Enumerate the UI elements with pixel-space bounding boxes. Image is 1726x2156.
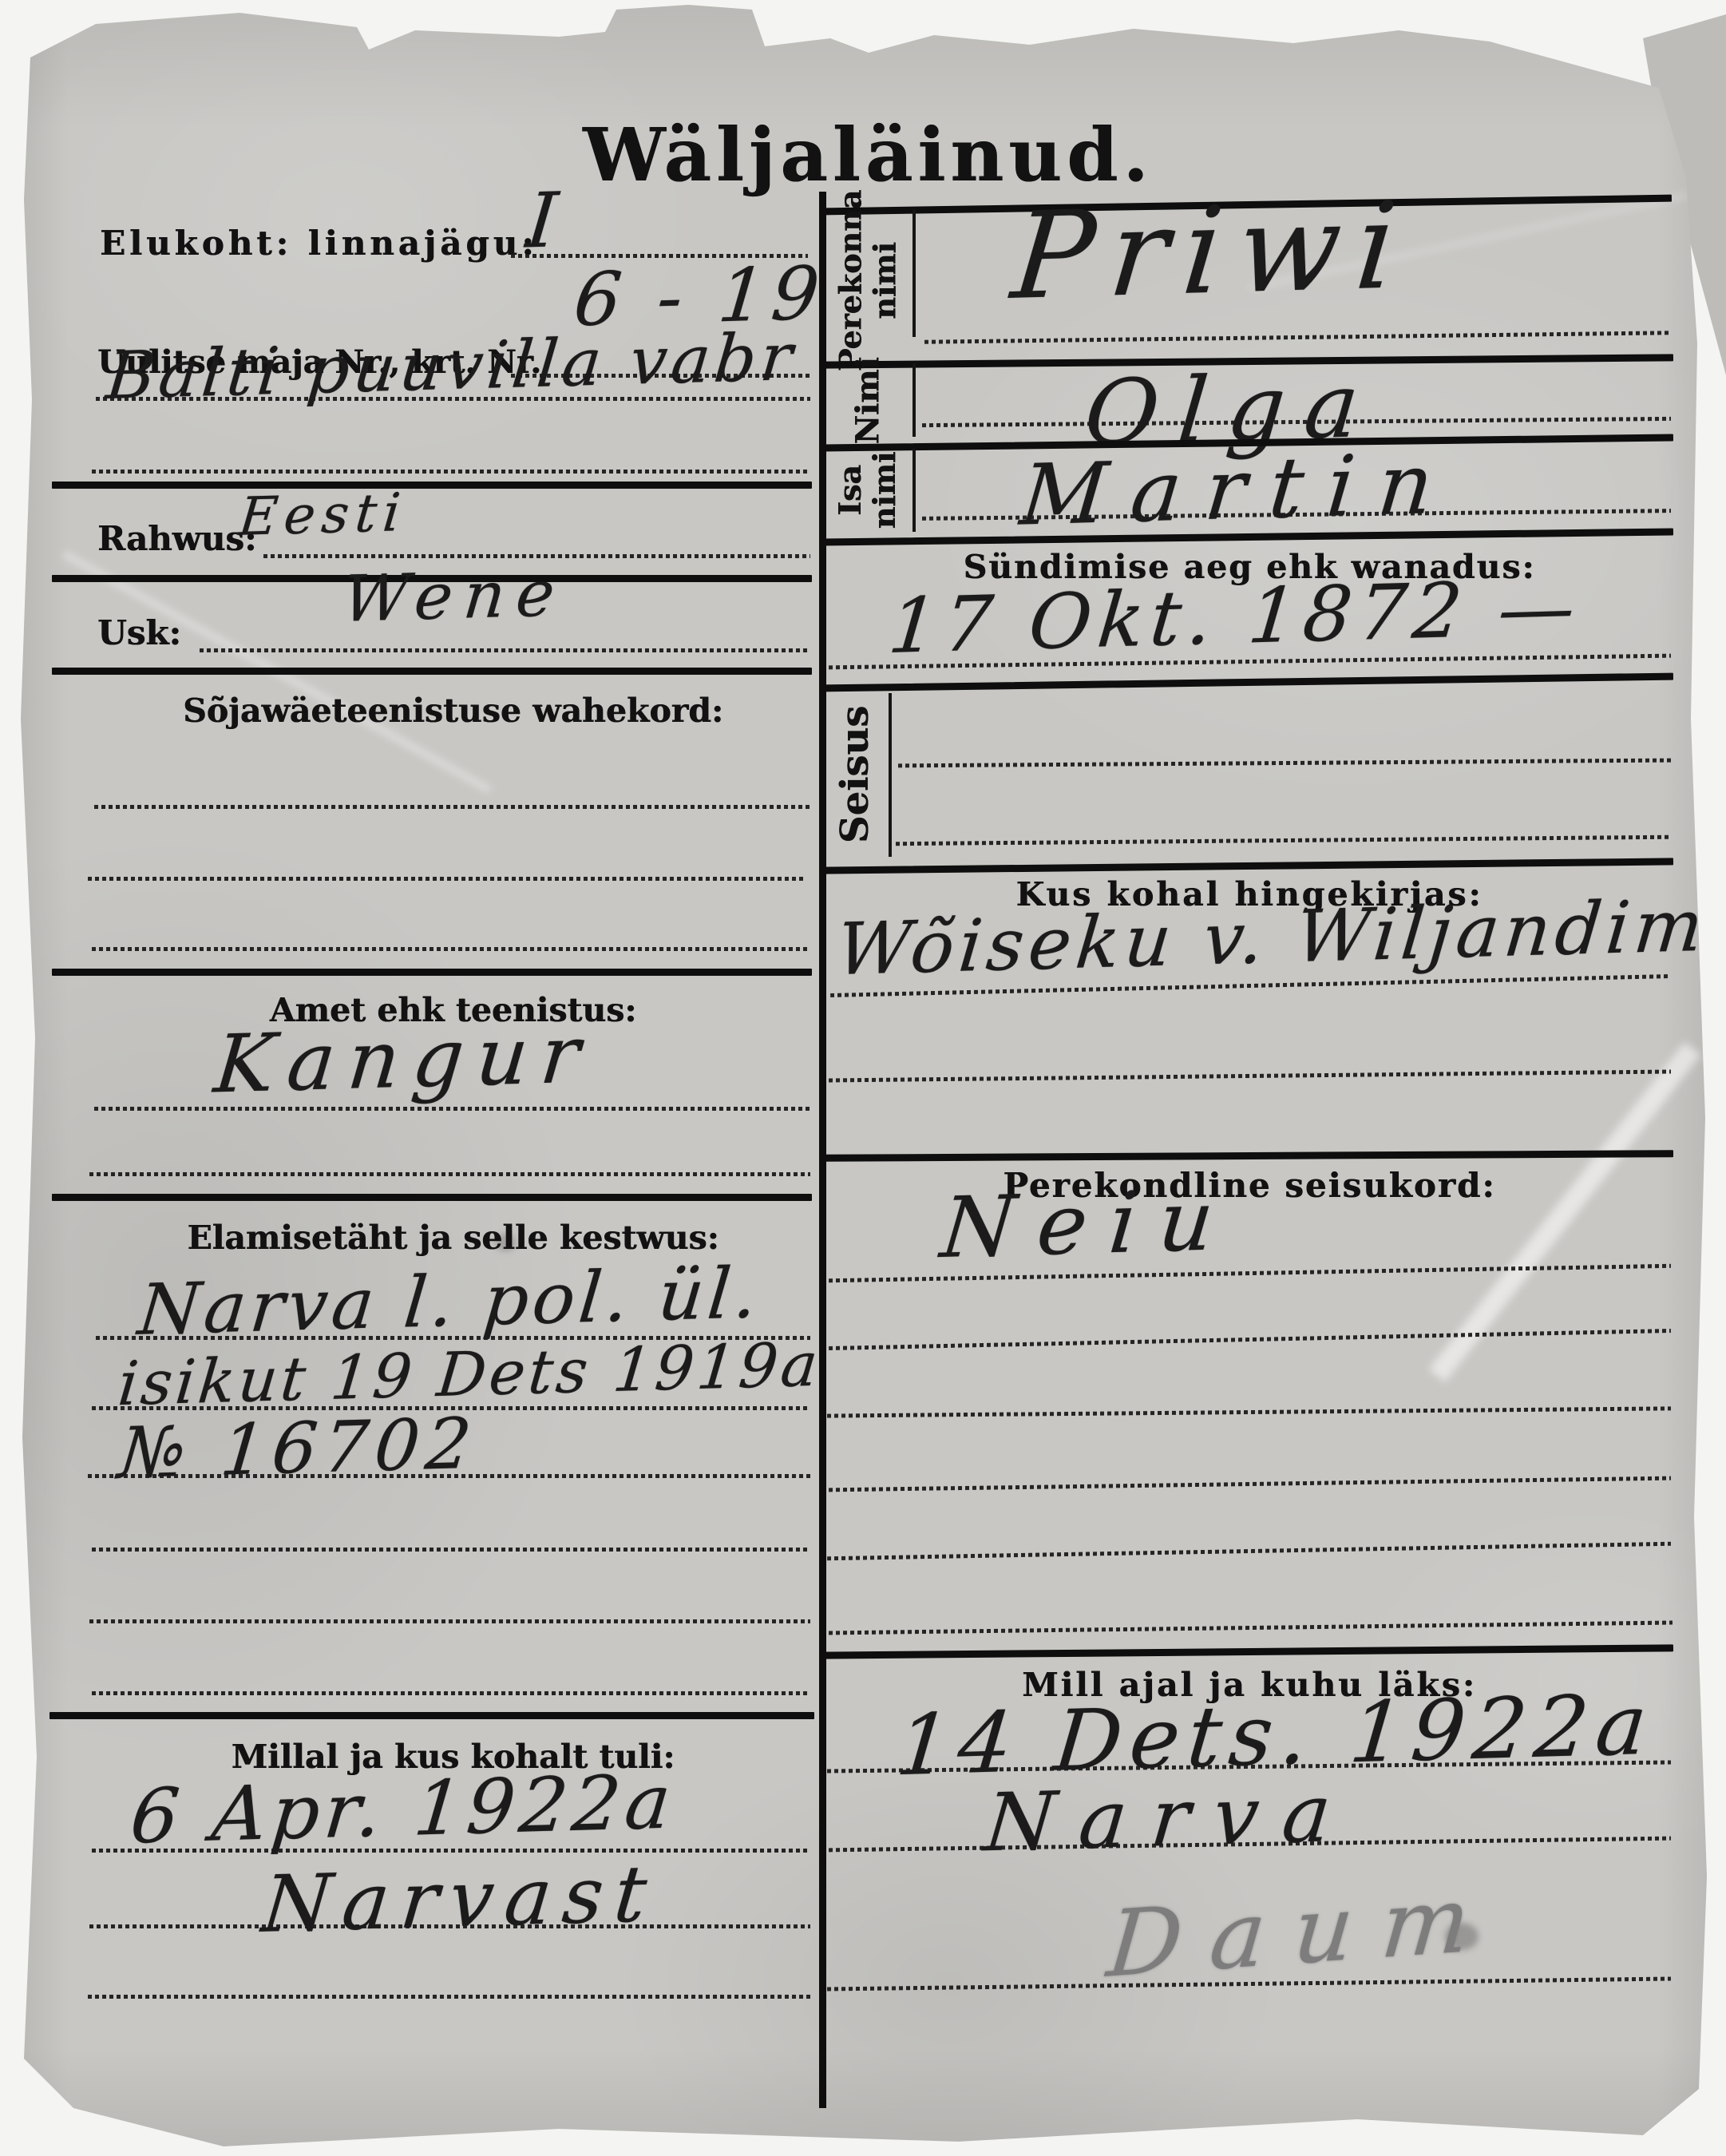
cell-rule (912, 363, 916, 437)
nationality-label: Rahwus: (97, 519, 256, 558)
dotted-line (92, 1548, 810, 1552)
firstname-label: Nimi (845, 363, 893, 439)
status-label: Seisus (828, 691, 884, 858)
dotted-line (96, 397, 810, 401)
form-title: Wäljaläinud. (583, 112, 1142, 198)
residence-label: Elukoht: linnajägu: (100, 224, 538, 263)
column-divider (819, 192, 826, 2108)
section-rule (52, 1194, 812, 1201)
section-rule (49, 1712, 814, 1719)
dotted-line (92, 947, 810, 951)
dotted-line (200, 648, 810, 652)
dotted-line (88, 1995, 810, 1999)
dotted-line (92, 1691, 810, 1695)
cell-rule (889, 693, 892, 857)
arrival-place-value: Narvast (259, 1849, 662, 1951)
departure-place-value: Narva (981, 1766, 1360, 1870)
surname-value: Priwi (1007, 176, 1418, 327)
dotted-line (94, 1107, 810, 1111)
paper-sheet: Wäljaläinud. Elukoht: linnajägu: I Uulit… (0, 0, 1726, 2156)
dotted-line (92, 1849, 810, 1853)
arrival-date-value: 6 Apr. 1922a (127, 1759, 679, 1861)
section-rule (52, 668, 812, 675)
dotted-line (88, 877, 806, 881)
father-name-label: Isa nimi (836, 446, 900, 534)
scanned-registration-card: Wäljaläinud. Elukoht: linnajägu: I Uulit… (0, 0, 1726, 2156)
cell-rule (912, 449, 916, 532)
family-status-value: Neiu (937, 1171, 1241, 1277)
military-service-header: Sõjawäeteenistuse wahekord: (96, 692, 810, 730)
dotted-line (94, 805, 810, 809)
residence-permit-header: Elamisetäht ja selle kestwus: (96, 1219, 810, 1257)
nationality-value: Eesti (236, 482, 410, 548)
dotted-line (88, 1474, 810, 1478)
surname-label: Perekonna nimi (826, 205, 910, 357)
father-name-value: Martin (1016, 434, 1461, 544)
permit-line3-value: № 16702 (115, 1402, 481, 1494)
dotted-line (89, 1619, 810, 1623)
cell-rule (912, 209, 916, 337)
dotted-line (92, 470, 810, 474)
occupation-value: Kangur (211, 1007, 596, 1111)
dotted-line (89, 1924, 810, 1928)
dotted-line (89, 1172, 810, 1176)
section-rule (52, 969, 812, 976)
religion-label: Usk: (97, 613, 181, 652)
section-rule (52, 482, 812, 489)
religion-value: Wene (339, 556, 569, 636)
